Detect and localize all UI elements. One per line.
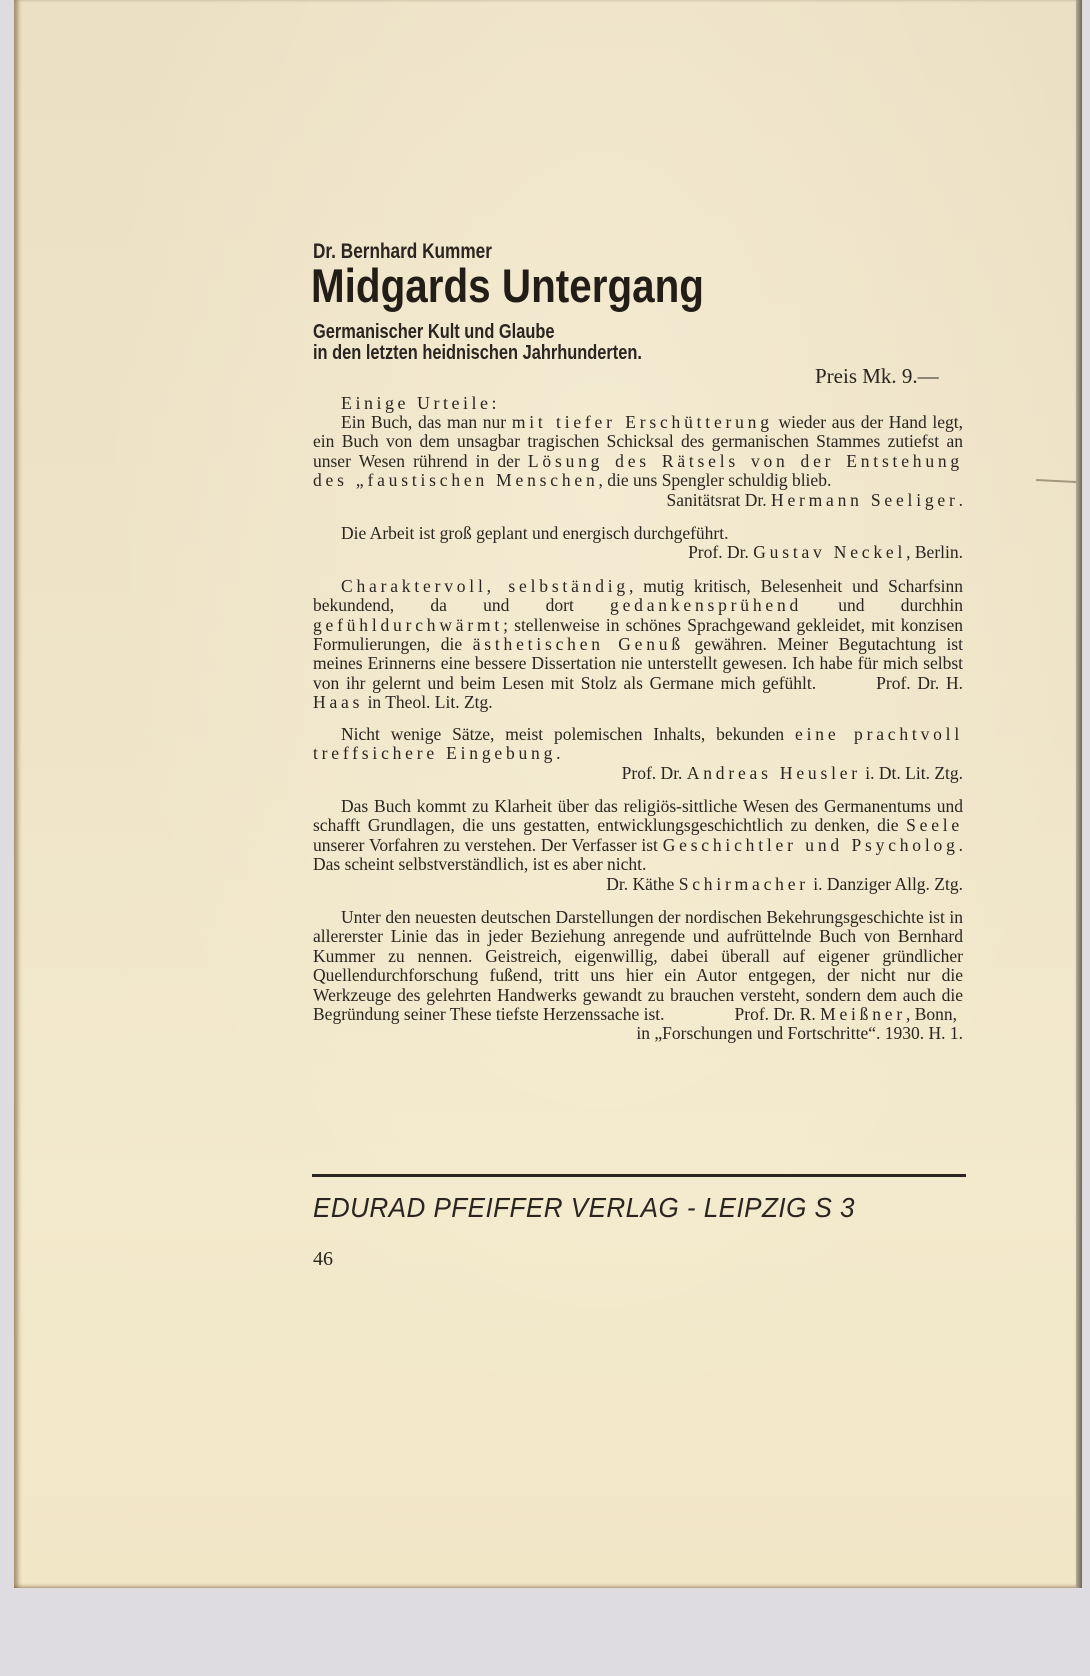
- review-quote: Unter den neuesten deutschen Darstellung…: [313, 908, 963, 1024]
- text-run: Prof. Dr. R.: [735, 1004, 821, 1024]
- review-attribution: Prof. Dr. R. Meißner, Bonn,: [735, 1004, 958, 1024]
- review-item: Unter den neuesten deutschen Darstellung…: [313, 908, 963, 1044]
- text-run: Das Buch kommt zu Klarheit über das reli…: [313, 796, 963, 835]
- book-title: Midgards Untergang: [311, 262, 704, 309]
- review-item: Die Arbeit ist groß geplant und energisc…: [313, 524, 963, 563]
- text-run: , die uns Spengler schuldig blieb.: [599, 470, 832, 490]
- text-run: unserer Vorfahren zu verstehen. Der Verf…: [313, 835, 663, 855]
- review-quote: Nicht wenige Sätze, meist polemischen In…: [313, 725, 963, 764]
- paper-crease: [1036, 479, 1076, 483]
- text-run: Nicht wenige Sätze, meist polemischen In…: [341, 724, 795, 744]
- text-run: in „Forschungen und Fortschritte“. 1930.…: [636, 1023, 963, 1043]
- text-run: Gustav Neckel: [753, 542, 906, 562]
- price: Preis Mk. 9.—: [815, 364, 939, 389]
- text-run: .: [556, 743, 560, 763]
- text-run: Charaktervoll, selbständig: [341, 576, 629, 596]
- review-attribution: Dr. Käthe Schirmacher i. Danziger Allg. …: [313, 875, 963, 894]
- text-run: und durchhin: [802, 595, 963, 615]
- review-attribution: Prof. Dr. Gustav Neckel, Berlin.: [313, 543, 963, 562]
- text-run: gedankensprühend: [610, 595, 802, 615]
- text-run: Meißner: [820, 1004, 906, 1024]
- text-run: Seele: [906, 815, 963, 835]
- reviews-list: Ein Buch, das man nur mit tiefer Erschüt…: [313, 413, 963, 1044]
- review-item: Nicht wenige Sätze, meist polemischen In…: [313, 725, 963, 783]
- review-attribution: Sanitätsrat Dr. Hermann Seeliger.: [313, 491, 963, 510]
- page-number: 46: [313, 1248, 333, 1271]
- text-run: .: [959, 490, 963, 510]
- text-run: Andreas Heusler: [687, 763, 861, 783]
- text-run: Prof. Dr.: [622, 763, 687, 783]
- text-run: Haas: [313, 692, 363, 712]
- text-run: , Bonn,: [906, 1004, 957, 1024]
- review-quote: Ein Buch, das man nur mit tiefer Erschüt…: [313, 413, 963, 491]
- text-run: Prof. Dr.: [688, 542, 753, 562]
- review-attribution: Prof. Dr. Andreas Heusler i. Dt. Lit. Zt…: [313, 764, 963, 783]
- reviews-heading: Einige Urteile:: [341, 393, 500, 414]
- review-item: Ein Buch, das man nur mit tiefer Erschüt…: [313, 413, 963, 510]
- review-item: Charaktervoll, selbständig, mutig kritis…: [313, 577, 963, 713]
- divider-rule: [312, 1174, 966, 1177]
- text-run: i. Danziger Allg. Ztg.: [809, 874, 963, 894]
- review-attribution: in „Forschungen und Fortschritte“. 1930.…: [313, 1024, 963, 1043]
- text-run: , Berlin.: [906, 542, 963, 562]
- review-quote: Die Arbeit ist groß geplant und energisc…: [313, 524, 963, 543]
- text-run: Dr. Käthe: [606, 874, 678, 894]
- text-run: Ein Buch, das man nur: [341, 412, 512, 432]
- publisher-imprint: EDURAD PFEIFFER VERLAG - LEIPZIG S 3: [313, 1192, 855, 1224]
- text-run: ästhetischen Genuß: [473, 634, 684, 654]
- text-run: Sanitätsrat Dr.: [667, 490, 772, 510]
- review-item: Das Buch kommt zu Klarheit über das reli…: [313, 797, 963, 894]
- book-subtitle: Germanischer Kult und Glaube in den letz…: [313, 322, 642, 364]
- text-run: Hermann Seeliger: [771, 490, 959, 510]
- text-run: mit tiefer Erschütterung: [512, 412, 773, 432]
- subtitle-line-1: Germanischer Kult und Glaube: [313, 322, 642, 343]
- review-quote: Charaktervoll, selbständig, mutig kritis…: [313, 577, 963, 713]
- text-run: Schirmacher: [679, 874, 809, 894]
- text-run: Prof. Dr. H.: [876, 673, 963, 693]
- text-run: i. Dt. Lit. Ztg.: [861, 763, 963, 783]
- text-run: Die Arbeit ist groß geplant und energisc…: [341, 523, 729, 543]
- subtitle-line-2: in den letzten heidnischen Jahrhunderten…: [313, 343, 642, 364]
- text-run: gefühldurchwärmt: [313, 615, 503, 635]
- review-quote: Das Buch kommt zu Klarheit über das reli…: [313, 797, 963, 875]
- text-run: in Theol. Lit. Ztg.: [363, 692, 492, 712]
- text-run: Geschichtler und Psycholog: [663, 835, 959, 855]
